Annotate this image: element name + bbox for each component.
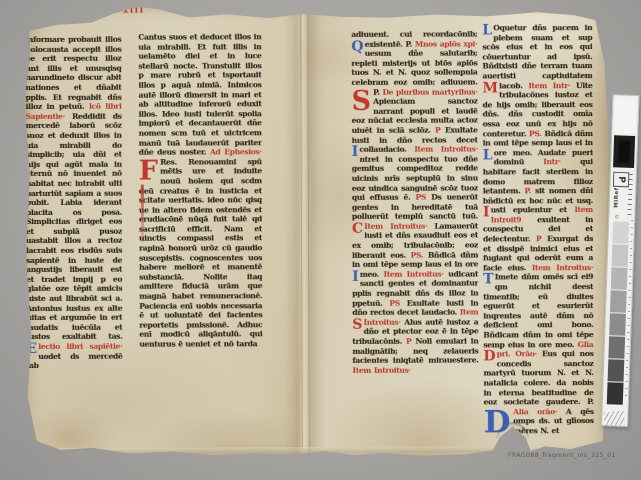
drop-cap-blue: T bbox=[483, 273, 495, 288]
calibration-grade-label: P bbox=[613, 172, 630, 188]
rubric-text: Item Introitus· bbox=[414, 145, 477, 154]
rubric-text: Intr· bbox=[543, 157, 580, 166]
rubric-text: Mnos aplōs xpi· bbox=[415, 39, 477, 48]
manuscript-bifolium: c·xiii informare probauit illos holocaus… bbox=[21, 3, 613, 461]
rubric-text: Item Introitus· bbox=[384, 269, 449, 278]
drop-cap-blue: L bbox=[483, 148, 494, 163]
rubric-text: PS bbox=[415, 193, 431, 202]
rubric-text: P bbox=[435, 125, 445, 134]
rubric-text: P bbox=[406, 337, 416, 346]
rubric-text: PS. bbox=[529, 129, 544, 138]
folio-number: c·xiii bbox=[111, 6, 144, 16]
rubric-text: PS bbox=[389, 298, 406, 307]
calibration-black-patch bbox=[613, 135, 635, 168]
drop-cap-red: C bbox=[352, 222, 364, 237]
calibration-patch bbox=[608, 359, 625, 382]
rubric-text: Item Intr· bbox=[528, 81, 576, 90]
text-column-left-a: informare probauit illos holocausta acce… bbox=[25, 35, 122, 407]
calibration-maker-label: MIRef bbox=[614, 187, 621, 208]
rubric-text: Item Introitus· bbox=[352, 365, 410, 374]
rubric-text: Alia orāo· bbox=[513, 407, 566, 416]
tail-marks bbox=[604, 410, 625, 426]
image-caption: FRAG088_fragment_ms_325_01 bbox=[508, 452, 616, 459]
rubric-text: PS. bbox=[411, 250, 428, 259]
calibration-patch bbox=[607, 382, 624, 405]
drop-cap-red: I bbox=[483, 206, 491, 221]
ruler-ticks bbox=[627, 174, 633, 218]
body-text: Simplicitas diriget eos et subplā pusoz … bbox=[26, 217, 122, 341]
calibration-black-inner bbox=[618, 140, 630, 162]
drop-cap-blue: L bbox=[482, 23, 493, 38]
rubric-text: P bbox=[536, 234, 547, 243]
rubric-text: P. bbox=[525, 186, 536, 195]
calibration-strip-tail bbox=[602, 405, 628, 426]
drop-cap-red: M bbox=[482, 81, 499, 96]
text-column-right-b: LOquetur dñs pacem in plebem suam et sup… bbox=[482, 23, 593, 435]
rubric-text: De pluribus martyribus· bbox=[382, 87, 477, 96]
calibration-patch bbox=[612, 221, 629, 244]
drop-cap-blue: E bbox=[26, 342, 38, 357]
drop-cap-blue: I bbox=[352, 270, 360, 285]
page-edge bbox=[57, 446, 567, 454]
rubric-text: Ad Ephesios· bbox=[210, 147, 262, 156]
text-column-left-b: Cantus suos et deducet illos in uia mira… bbox=[138, 32, 262, 408]
body-text: usti epulentur et bbox=[491, 205, 575, 214]
calibration-patch bbox=[611, 267, 628, 290]
rubric-text: lectio libri sapiētie· bbox=[38, 342, 122, 351]
body-text: Imete dñm omēs scī ei9 qm nichil deest t… bbox=[483, 272, 593, 349]
drop-cap-blue: D bbox=[484, 407, 514, 435]
calibration-patch bbox=[609, 313, 626, 336]
drop-cap-red: D bbox=[483, 350, 496, 365]
drop-cap-red: S bbox=[351, 87, 373, 114]
calibration-label-area: P MIRef © bbox=[609, 169, 636, 222]
photo-background: c·xiii informare probauit illos holocaus… bbox=[0, 0, 641, 480]
drop-cap-blue: Q bbox=[351, 39, 364, 54]
copyright-symbol: © bbox=[614, 214, 619, 220]
rubric-text: Item Introitus· bbox=[364, 221, 434, 230]
drop-cap-blue: I bbox=[352, 145, 360, 160]
drop-cap-red: S bbox=[352, 318, 363, 333]
calibration-white-patch bbox=[614, 97, 636, 134]
calibration-patch bbox=[608, 336, 625, 359]
calibration-patch bbox=[610, 290, 627, 313]
text-column-right-a: adiuuent. cui recordacōnib; existentē. P… bbox=[351, 29, 478, 401]
calibration-patch bbox=[612, 244, 629, 267]
drop-cap-red: F bbox=[139, 157, 160, 184]
body-text: informare probauit illos holocausta acce… bbox=[25, 35, 121, 111]
rubric-text: Item Introitus· bbox=[532, 263, 593, 272]
body-text: uodet ds mercedē lab bbox=[26, 351, 122, 370]
body-text: Reddidit ds mercedē laborū scōz suoz et … bbox=[26, 111, 122, 216]
body-text: Cantus suos et deducet illos in uia mira… bbox=[138, 32, 261, 157]
